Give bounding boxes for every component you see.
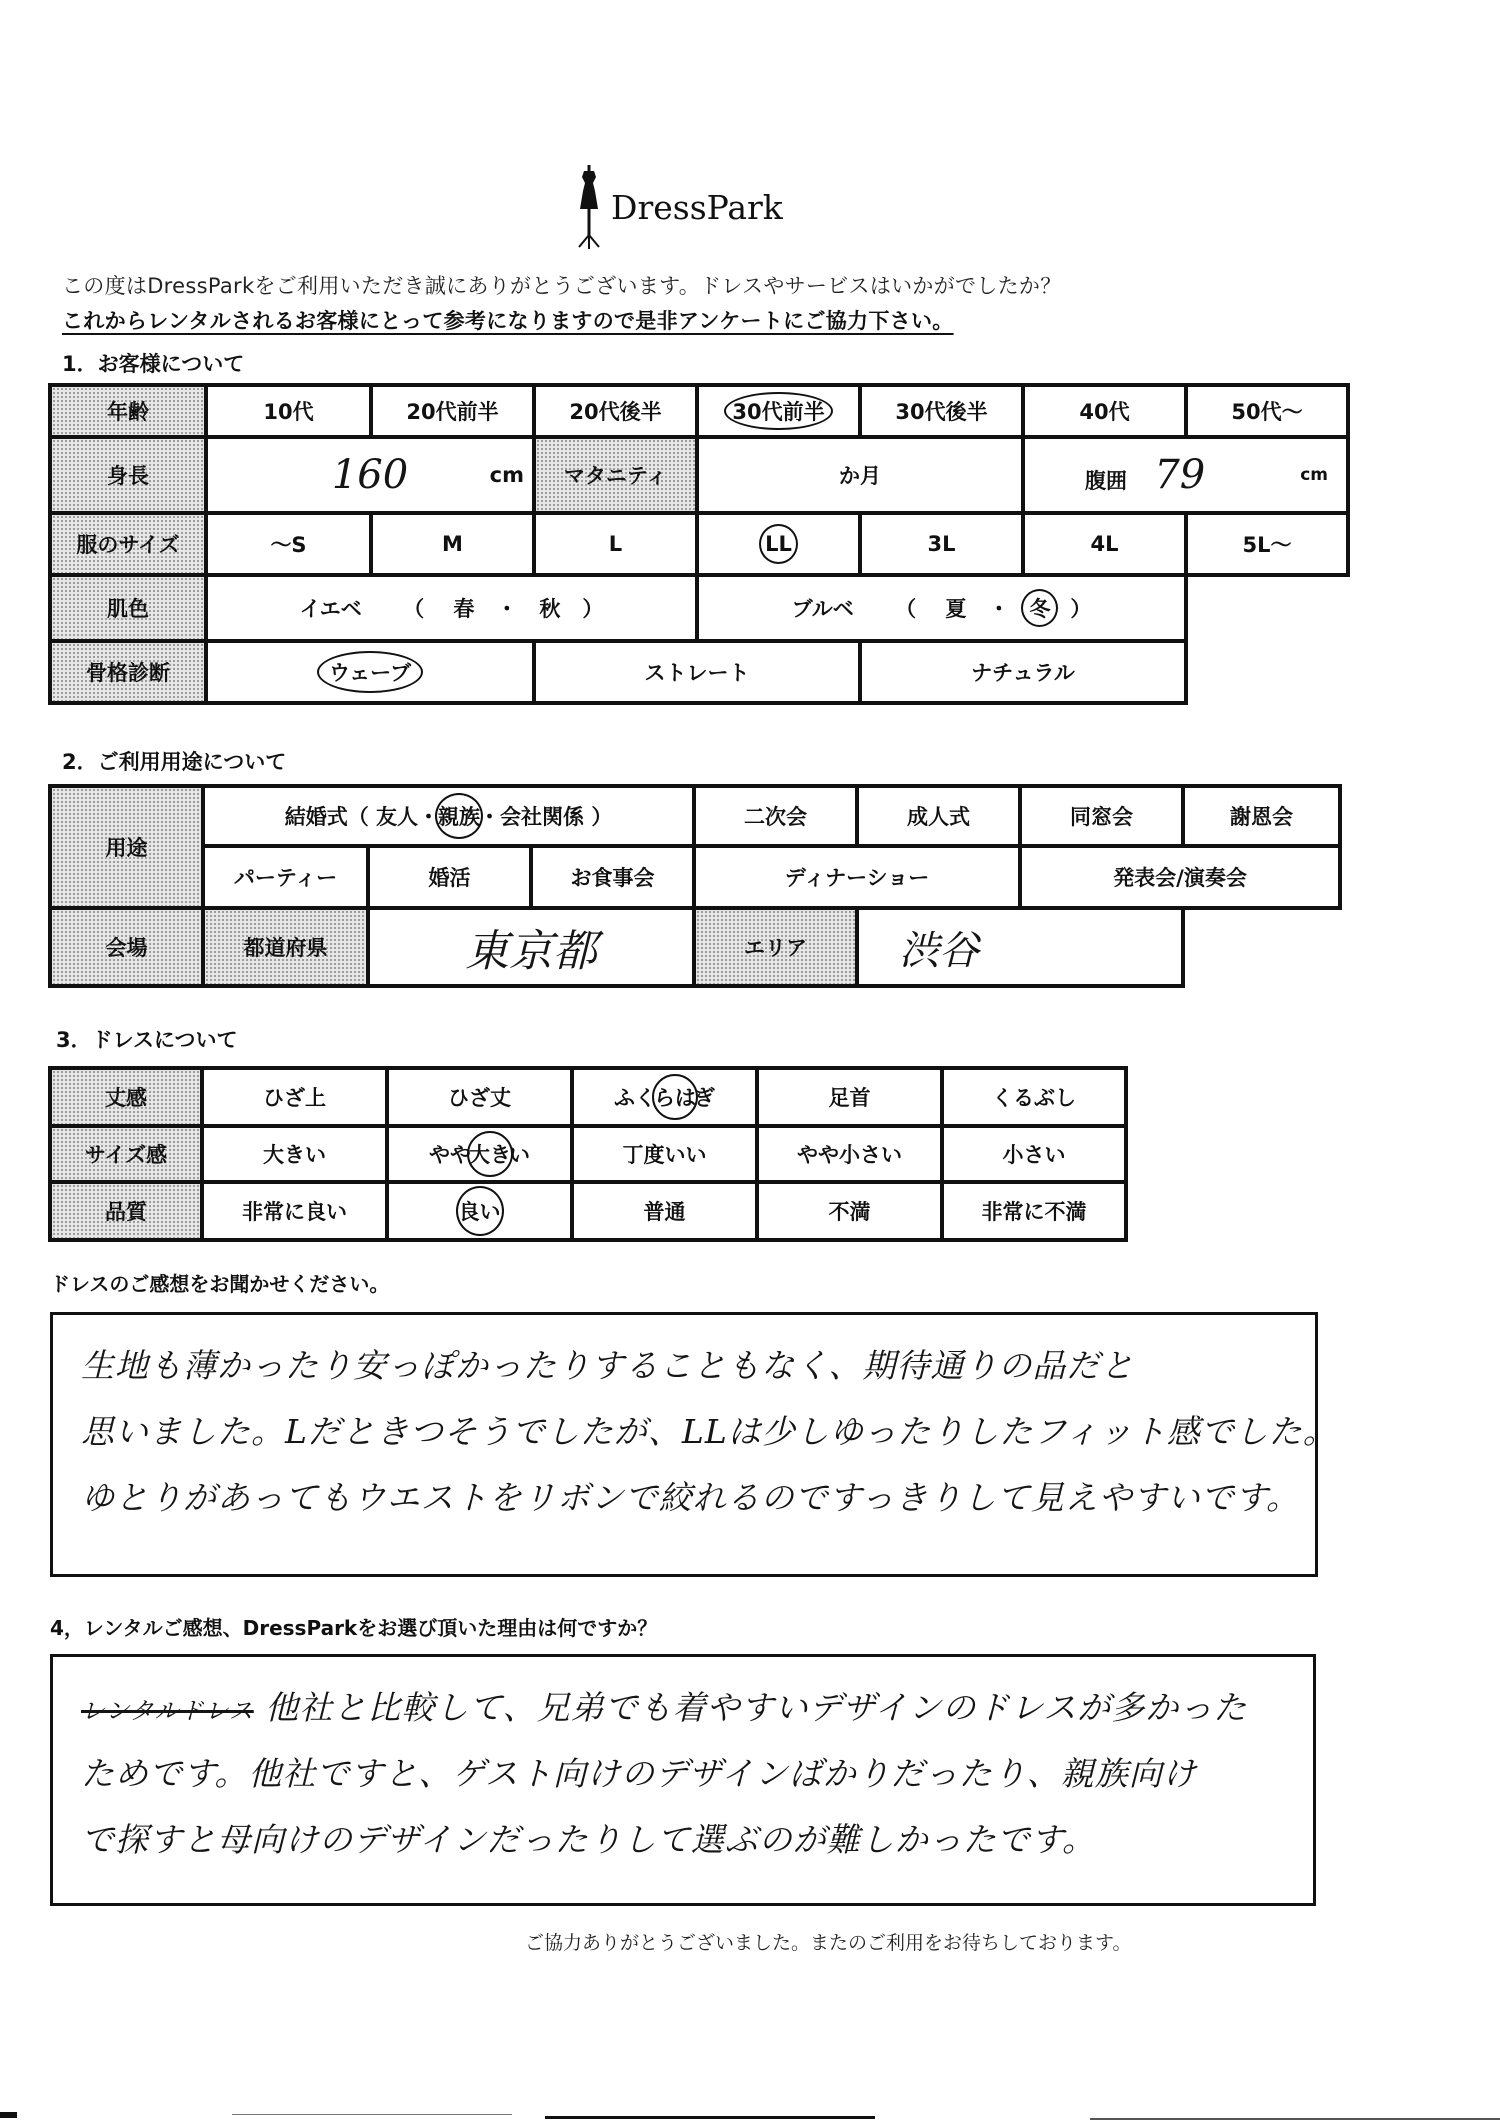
- length-option[interactable]: ひざ丈: [387, 1068, 572, 1126]
- age-option-selected[interactable]: 30代前半: [697, 385, 860, 437]
- area-label: エリア: [694, 908, 857, 986]
- size-option[interactable]: ～S: [206, 513, 371, 575]
- age-option[interactable]: 20代前半: [371, 385, 534, 437]
- section4-title: 4，レンタルご感想、DressParkをお選び頂いた理由は何ですか？: [50, 1612, 657, 1641]
- skin-option[interactable]: 秋: [539, 597, 560, 621]
- selection-circle: 大き: [467, 1131, 513, 1177]
- yellow-base-label: イエベ: [300, 597, 362, 621]
- maternity-field[interactable]: か月: [697, 437, 1023, 513]
- section3-title: 3．ドレスについて: [56, 1024, 238, 1054]
- purpose-label: 用途: [50, 786, 203, 908]
- selection-circle: 30代前半: [724, 392, 832, 430]
- reason-line: ためです。他社ですと、ゲスト向けのデザインばかりだったり、親族向け: [81, 1741, 1285, 1807]
- fit-option[interactable]: 大きい: [202, 1126, 387, 1182]
- length-label: 丈感: [50, 1068, 202, 1126]
- quality-option[interactable]: 不満: [757, 1182, 942, 1240]
- fit-row: サイズ感 大きい やや大きい 丁度いい やや小さい 小さい: [50, 1126, 1126, 1182]
- selection-circle: 良い: [456, 1186, 504, 1236]
- purpose-row-2: パーティー 婚活 お食事会 ディナーショー 発表会/演奏会: [50, 846, 1340, 908]
- selection-circle: LL: [759, 524, 798, 564]
- brand-logo: DressPark: [575, 165, 783, 251]
- comments-prompt: ドレスのご感想をお聞かせください。: [50, 1268, 389, 1297]
- age-option[interactable]: 30代後半: [860, 385, 1023, 437]
- waist-unit: cm: [1300, 465, 1328, 485]
- quality-option[interactable]: 非常に良い: [202, 1182, 387, 1240]
- purpose-option[interactable]: 発表会/演奏会: [1020, 846, 1340, 908]
- area-value: 渋谷: [899, 928, 979, 974]
- struck-text: レンタルドレス: [81, 1697, 254, 1725]
- blue-base-label: ブルベ: [792, 597, 854, 621]
- height-value: 160: [332, 452, 408, 498]
- prefecture-value: 東京都: [465, 926, 597, 977]
- size-row: 服のサイズ ～S M L LL 3L 4L 5L～: [50, 513, 1348, 575]
- prefecture-label: 都道府県: [203, 908, 368, 986]
- selection-circle: らは: [652, 1074, 698, 1120]
- brand-name: DressPark: [611, 188, 783, 227]
- skin-blue-base[interactable]: ブルベ （ 夏・冬）: [697, 575, 1186, 641]
- waist-value: 79: [1154, 452, 1205, 498]
- intro-text: この度はDressParkをご利用いただき誠にありがとうございます。ドレスやサー…: [62, 270, 1062, 300]
- wedding-suboption-selected[interactable]: 親族: [435, 793, 483, 839]
- waist-label: 腹囲: [1085, 469, 1127, 493]
- body-type-label: 骨格診断: [50, 641, 206, 703]
- body-type-row: 骨格診断 ウェーブ ストレート ナチュラル: [50, 641, 1348, 703]
- quality-option-selected[interactable]: 良い: [387, 1182, 572, 1240]
- reason-textarea[interactable]: レンタルドレス 他社と比較して、兄弟でも着やすいデザインのドレスが多かった ため…: [50, 1654, 1316, 1906]
- fit-option[interactable]: やや小さい: [757, 1126, 942, 1182]
- skin-option-selected[interactable]: 冬: [1021, 589, 1058, 627]
- skin-row: 肌色 イエベ （ 春・秋） ブルベ （ 夏・冬）: [50, 575, 1348, 641]
- purpose-option[interactable]: 同窓会: [1020, 786, 1183, 846]
- length-option-selected[interactable]: ふくらはぎ: [572, 1068, 757, 1126]
- age-option[interactable]: 50代～: [1186, 385, 1348, 437]
- purpose-option[interactable]: 婚活: [368, 846, 531, 908]
- area-field[interactable]: 渋谷: [857, 908, 1183, 986]
- purpose-row-1: 用途 結婚式（ 友人・親族・会社関係 ） 二次会 成人式 同窓会 謝恩会: [50, 786, 1340, 846]
- comments-textarea[interactable]: 生地も薄かったり安っぽかったりすることもなく、期待通りの品だと 思いました。Lだ…: [50, 1312, 1318, 1577]
- customer-info-table: 年齢 10代 20代前半 20代後半 30代前半 30代後半 40代 50代～ …: [48, 383, 1350, 705]
- fit-option[interactable]: 丁度いい: [572, 1126, 757, 1182]
- thanks-text: ご協力ありがとうございました。またのご利用をお待ちしております。: [525, 1928, 1131, 1955]
- length-row: 丈感 ひざ上 ひざ丈 ふくらはぎ 足首 くるぶし: [50, 1068, 1126, 1126]
- height-field[interactable]: 160 cm: [206, 437, 534, 513]
- fit-option[interactable]: 小さい: [942, 1126, 1126, 1182]
- purpose-option[interactable]: 二次会: [694, 786, 857, 846]
- waist-field[interactable]: 腹囲 79 cm: [1023, 437, 1348, 513]
- venue-row: 会場 都道府県 東京都 エリア 渋谷: [50, 908, 1340, 986]
- comment-line: ゆとりがあってもウエストをリボンで絞れるのですっきりして見えやすいです。: [81, 1465, 1287, 1531]
- skin-option[interactable]: 春: [453, 597, 474, 621]
- selection-circle: ウェーブ: [317, 651, 423, 693]
- wedding-label: 結婚式: [285, 805, 348, 829]
- purpose-option[interactable]: 謝恩会: [1183, 786, 1340, 846]
- venue-label: 会場: [50, 908, 203, 986]
- length-option[interactable]: ひざ上: [202, 1068, 387, 1126]
- size-option[interactable]: L: [534, 513, 697, 575]
- size-option[interactable]: M: [371, 513, 534, 575]
- fit-option-selected[interactable]: やや大きい: [387, 1126, 572, 1182]
- body-type-option[interactable]: ナチュラル: [860, 641, 1186, 703]
- size-option[interactable]: 3L: [860, 513, 1023, 575]
- size-label: 服のサイズ: [50, 513, 206, 575]
- section2-title: 2．ご利用用途について: [62, 746, 286, 776]
- height-row: 身長 160 cm マタニティ か月 腹囲 79 cm: [50, 437, 1348, 513]
- reason-line: レンタルドレス 他社と比較して、兄弟でも着やすいデザインのドレスが多かった: [81, 1675, 1285, 1741]
- dress-table: 丈感 ひざ上 ひざ丈 ふくらはぎ 足首 くるぶし サイズ感 大きい やや大きい …: [48, 1066, 1128, 1242]
- usage-table: 用途 結婚式（ 友人・親族・会社関係 ） 二次会 成人式 同窓会 謝恩会 パーテ…: [48, 784, 1342, 988]
- age-row: 年齢 10代 20代前半 20代後半 30代前半 30代後半 40代 50代～: [50, 385, 1348, 437]
- purpose-option[interactable]: 成人式: [857, 786, 1020, 846]
- comment-line: 思いました。Lだときつそうでしたが、LLは少しゆったりしたフィット感でした。: [81, 1399, 1287, 1465]
- age-option[interactable]: 40代: [1023, 385, 1186, 437]
- body-type-option[interactable]: ストレート: [534, 641, 860, 703]
- size-option[interactable]: 4L: [1023, 513, 1186, 575]
- body-type-option-selected[interactable]: ウェーブ: [206, 641, 534, 703]
- intro-request-text: これからレンタルされるお客様にとって参考になりますので是非アンケートにご協力下さ…: [62, 305, 954, 335]
- height-unit: cm: [490, 463, 524, 487]
- quality-row: 品質 非常に良い 良い 普通 不満 非常に不満: [50, 1182, 1126, 1240]
- length-option[interactable]: くるぶし: [942, 1068, 1126, 1126]
- age-label: 年齢: [50, 385, 206, 437]
- size-option[interactable]: 5L～: [1186, 513, 1348, 575]
- length-option[interactable]: 足首: [757, 1068, 942, 1126]
- fit-label: サイズ感: [50, 1126, 202, 1182]
- dress-form-mannequin-icon: [575, 165, 603, 251]
- purpose-option[interactable]: お食事会: [531, 846, 694, 908]
- age-option[interactable]: 10代: [206, 385, 371, 437]
- maternity-unit: か月: [839, 464, 881, 488]
- size-option-selected[interactable]: LL: [697, 513, 860, 575]
- quality-option[interactable]: 非常に不満: [942, 1182, 1126, 1240]
- reason-line: で探すと母向けのデザインだったりして選ぶのが難しかったです。: [81, 1807, 1285, 1873]
- quality-label: 品質: [50, 1182, 202, 1240]
- age-option[interactable]: 20代後半: [534, 385, 697, 437]
- wedding-suboption[interactable]: 友人: [376, 805, 418, 829]
- height-label: 身長: [50, 437, 206, 513]
- quality-option[interactable]: 普通: [572, 1182, 757, 1240]
- purpose-option[interactable]: パーティー: [203, 846, 368, 908]
- skin-yellow-base[interactable]: イエベ （ 春・秋）: [206, 575, 697, 641]
- comment-line: 生地も薄かったり安っぽかったりすることもなく、期待通りの品だと: [81, 1333, 1287, 1399]
- wedding-option[interactable]: 結婚式（ 友人・親族・会社関係 ）: [203, 786, 694, 846]
- maternity-label: マタニティ: [534, 437, 697, 513]
- section1-title: 1．お客様について: [62, 348, 244, 378]
- skin-option[interactable]: 夏: [945, 597, 966, 621]
- prefecture-field[interactable]: 東京都: [368, 908, 694, 986]
- wedding-suboption[interactable]: 会社関係: [500, 805, 584, 829]
- purpose-option[interactable]: ディナーショー: [694, 846, 1020, 908]
- scan-edge-marks: [0, 2110, 1500, 2127]
- skin-label: 肌色: [50, 575, 206, 641]
